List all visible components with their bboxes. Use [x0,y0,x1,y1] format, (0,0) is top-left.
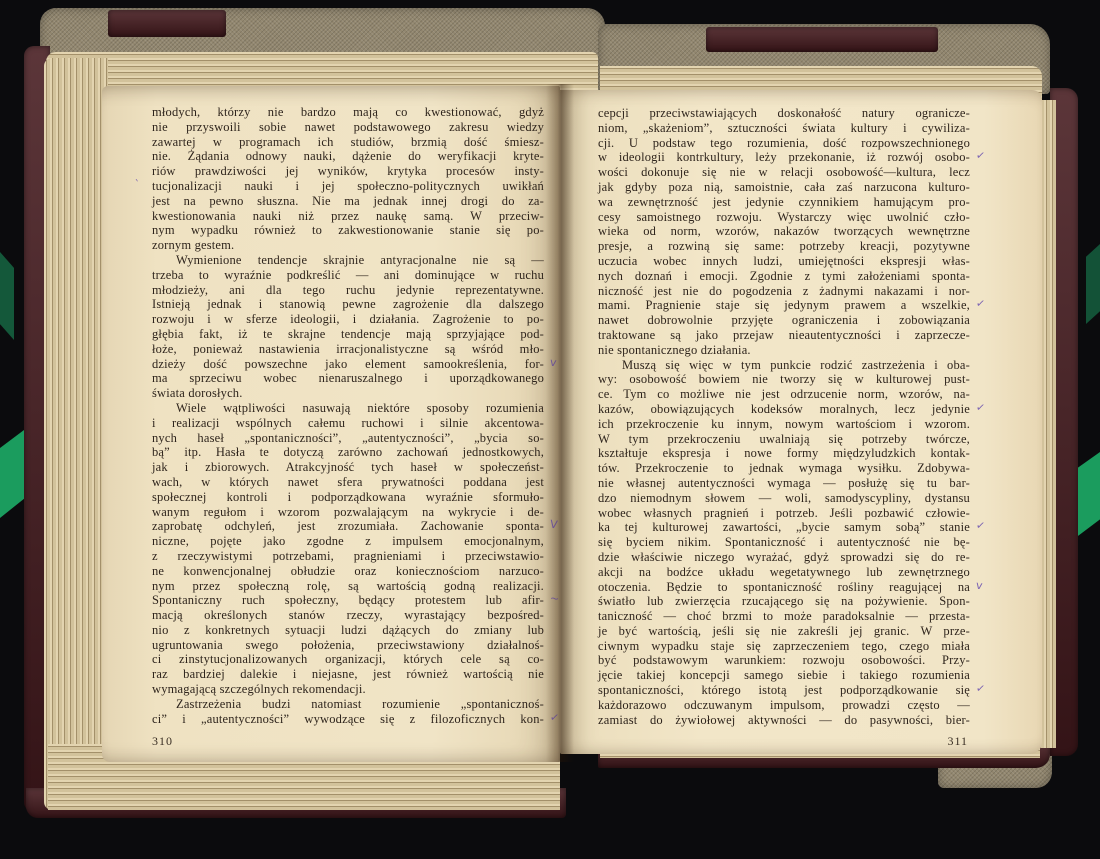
margin-checkmark: ✓ [975,520,986,532]
text-line: młodzieży, ani dla tego ruchu jedynie re… [152,283,544,298]
text-line: mami. Pragnienie staje się jedynym prawe… [598,298,970,313]
text-line: ci zinstytucjonalizowanych organizacji, … [152,652,544,667]
text-line: nych haseł „spontaniczności”, „autentycz… [152,431,544,446]
leather-corner-strip-right [706,27,938,52]
right-page-number: 311 [947,734,968,749]
left-page-text: młodych, którzy nie bardzo mają co kwest… [152,105,544,726]
text-line: ciwnym wypadku staje się zaprzeczeniem t… [598,639,970,654]
text-line: wymagającą szczególnych rekomendacji. [152,682,544,697]
text-line: ci” i „autentyczności” wywodzące się z f… [152,712,544,727]
text-line: ce. Tym co możliwe nie jest odrzucenie n… [598,387,970,402]
text-line: W tym przekroczeniu uwalniają się potrze… [598,432,970,447]
text-line: kazów, obowiązujących kodeksów moralnych… [598,402,970,417]
text-line: młodych, którzy nie bardzo mają co kwest… [152,105,544,120]
page-stack-left-edge [44,58,108,810]
margin-checkmark: ` [133,179,140,191]
text-line: jak gdyby poza nią, samoistnie, cała zaś… [598,180,970,195]
text-line: raz bardziej dalekie i niejasne, jest ró… [152,667,544,682]
text-line: z rzeczywistymi potrzebami, pragnieniami… [152,549,544,564]
text-line: zaprobatę odchyleń, jest zrozumiała. Zac… [152,519,544,534]
text-line: w ideologii kontrkultury, leży przekonan… [598,150,970,165]
text-line: otoczenia. Będzie to spontaniczność rośl… [598,580,970,595]
text-line: głębia fakt, iż te skrajne tendencje maj… [152,327,544,342]
text-line: dzie właściwie niczego wyrażać, gdyż spr… [598,550,970,565]
text-line: i realizacji wspólnych całemu ruchowi i … [152,416,544,431]
text-line: niom, „skażeniom”, sztuczności świata ku… [598,121,970,136]
text-line: Spontaniczny ruch społeczny, będący prot… [152,593,544,608]
text-line: kwestionowania nauki niż przez naukę sam… [152,209,544,224]
text-line: każdorazowo odczuwanym impulsom, prowadz… [598,698,970,713]
text-line: nie własnej autentyczności wymaga — posł… [598,476,970,491]
book-photo-stage: młodych, którzy nie bardzo mają co kwest… [0,0,1100,859]
text-line: uczucia wobec innych ludzi, umiejętności… [598,254,970,269]
text-line: wości dokonuje się nie w relacji osobowo… [598,165,970,180]
text-line: tucjonalizacji nauki i jej społeczno-pol… [152,179,544,194]
text-line: cesy samoistnego rozwoju. Wystarczy więc… [598,210,970,225]
text-line: nio z konkretnych sytuacji ludzi dążącyc… [152,623,544,638]
text-line: niczne, pojęte jako zgodne z impulsem em… [152,534,544,549]
text-line: nych doznań i emocji. Zgodnie z tymi zał… [598,269,970,284]
text-line: riów prawdziwości jej wyników, krytyka p… [152,164,544,179]
text-line: ne konwencjonalnej obłudzie oraz koniecz… [152,564,544,579]
text-line: traktowane są jako przejaw nieautentyczn… [598,328,970,343]
text-line: łoże, ponieważ nastawienia irracjonalist… [152,342,544,357]
text-line: ka tej kulturowej zawartości, „bycie sam… [598,520,970,535]
margin-checkmark: v [975,579,983,591]
text-line: trzeba to wyraźnie podkreślić — ani domi… [152,268,544,283]
text-line: spontaniczności, którego istotą jest pod… [598,683,970,698]
text-line: rozwoju i w sferze ideologii, i działani… [152,312,544,327]
text-line: presje, a rozwiną się same: potrzeby kre… [598,239,970,254]
text-line: wobec własnych pragnień i potrzeb. Jeśli… [598,506,970,521]
text-line: wanym regułom i wzorom pozwalającym na w… [152,505,544,520]
text-line: Istnieją jednak i stanowią pewne zagroże… [152,297,544,312]
text-line: Muszą się więc w tym punkcie rodzić zast… [598,358,970,373]
text-line: dzieży dość powszechne jako element samo… [152,357,544,372]
margin-checkmark: ✓ [975,150,986,162]
text-line: Wymienione tendencje skrajnie antyracjon… [152,253,544,268]
text-line: nym przez społeczną rolę, są wartością g… [152,579,544,594]
text-line: świata dorosłych. [152,386,544,401]
book-page-right: cepcji przeciwstawiających doskonałość n… [560,90,1042,754]
margin-checkmark: ✓ [975,683,986,695]
text-line: wa zewnętrzność jest jedynie czynnikiem … [598,195,970,210]
text-line: światło lub zwierzęcia rzucającego się n… [598,594,970,609]
text-line: jęcie takiej koncepcji samego siebie i t… [598,668,970,683]
text-line: ugruntowania swego położenia, przeciwsta… [152,638,544,653]
text-line: zawartej w programach ich studiów, brzmi… [152,135,544,150]
text-line: nie. Żądania odnowy nauki, dążenie do we… [152,149,544,164]
book-gutter-shadow [546,84,574,762]
text-line: wach, w których nawet sfera prywatności … [152,475,544,490]
text-line: Wiele wątpliwości nasuwają niektóre spos… [152,401,544,416]
text-line: nym wypadku również to zakwestionowanie … [152,223,544,238]
text-line: ich przekroczenie ku innym, nowym wartoś… [598,417,970,432]
text-line: dzo niemodnym słowem — woli, samodyscypl… [598,491,970,506]
text-line: nawet dobrowolnie przyjęte ograniczenia … [598,313,970,328]
text-line: być podstawowym warunkiem: rozwoju osobo… [598,653,970,668]
text-line: wieka od norm, wzorów, nakazów tworzącyc… [598,224,970,239]
background-green-stripe-right-dark [1086,244,1100,324]
background-green-stripe-left-dark [0,252,14,340]
text-line: je być wartością, jeśli się nie zakreśli… [598,624,970,639]
text-line: ma sprzeciwu wobec nienaruszalnego i upo… [152,371,544,386]
text-line: macją określonych stanów rzeczy, wyrasta… [152,608,544,623]
text-line: nie przyswoili sobie nawet podstawowego … [152,120,544,135]
text-line: zornym gestem. [152,238,544,253]
text-line: nie spontanicznego działania. [598,343,970,358]
margin-checkmark: ✓ [975,298,986,310]
text-line: wy: osobowość bowiem nie tworzy się w ku… [598,372,970,387]
book-page-left: młodych, którzy nie bardzo mają co kwest… [102,86,560,762]
left-page-number: 310 [152,734,173,749]
text-line: bą” itp. Hasła te dotyczą zarówno zachow… [152,445,544,460]
leather-corner-strip-left [108,10,226,37]
margin-checkmark: ✓ [975,401,986,413]
text-line: jest na pewno słuszna. Nie ma jednak inn… [152,194,544,209]
text-line: społecznej kontroli i podporządkowana wy… [152,490,544,505]
text-line: niczność jest nie do pogodzenia z żadnym… [598,284,970,299]
text-line: się byciem nikim. Spontaniczność i auten… [598,535,970,550]
text-line: akcji na bodźce układu wegetatywnego lub… [598,565,970,580]
text-line: cepcji przeciwstawiających doskonałość n… [598,106,970,121]
text-line: jak i zbiorowych. Atrakcyjność tych hase… [152,460,544,475]
text-line: cji. U podstaw tego rozumienia, dość roz… [598,136,970,151]
text-line: tów. Przekroczenie to jednak wymaga wysi… [598,461,970,476]
text-line: zamiast do żywiołowej aktywności — do pa… [598,713,970,728]
text-line: taniczność — choć brzmi to może paradoks… [598,609,970,624]
text-line: kształtuje ekspresja i nowe formy między… [598,446,970,461]
right-page-text: cepcji przeciwstawiających doskonałość n… [598,106,970,727]
text-line: Zastrzeżenia budzi natomiast rozumienie … [152,697,544,712]
